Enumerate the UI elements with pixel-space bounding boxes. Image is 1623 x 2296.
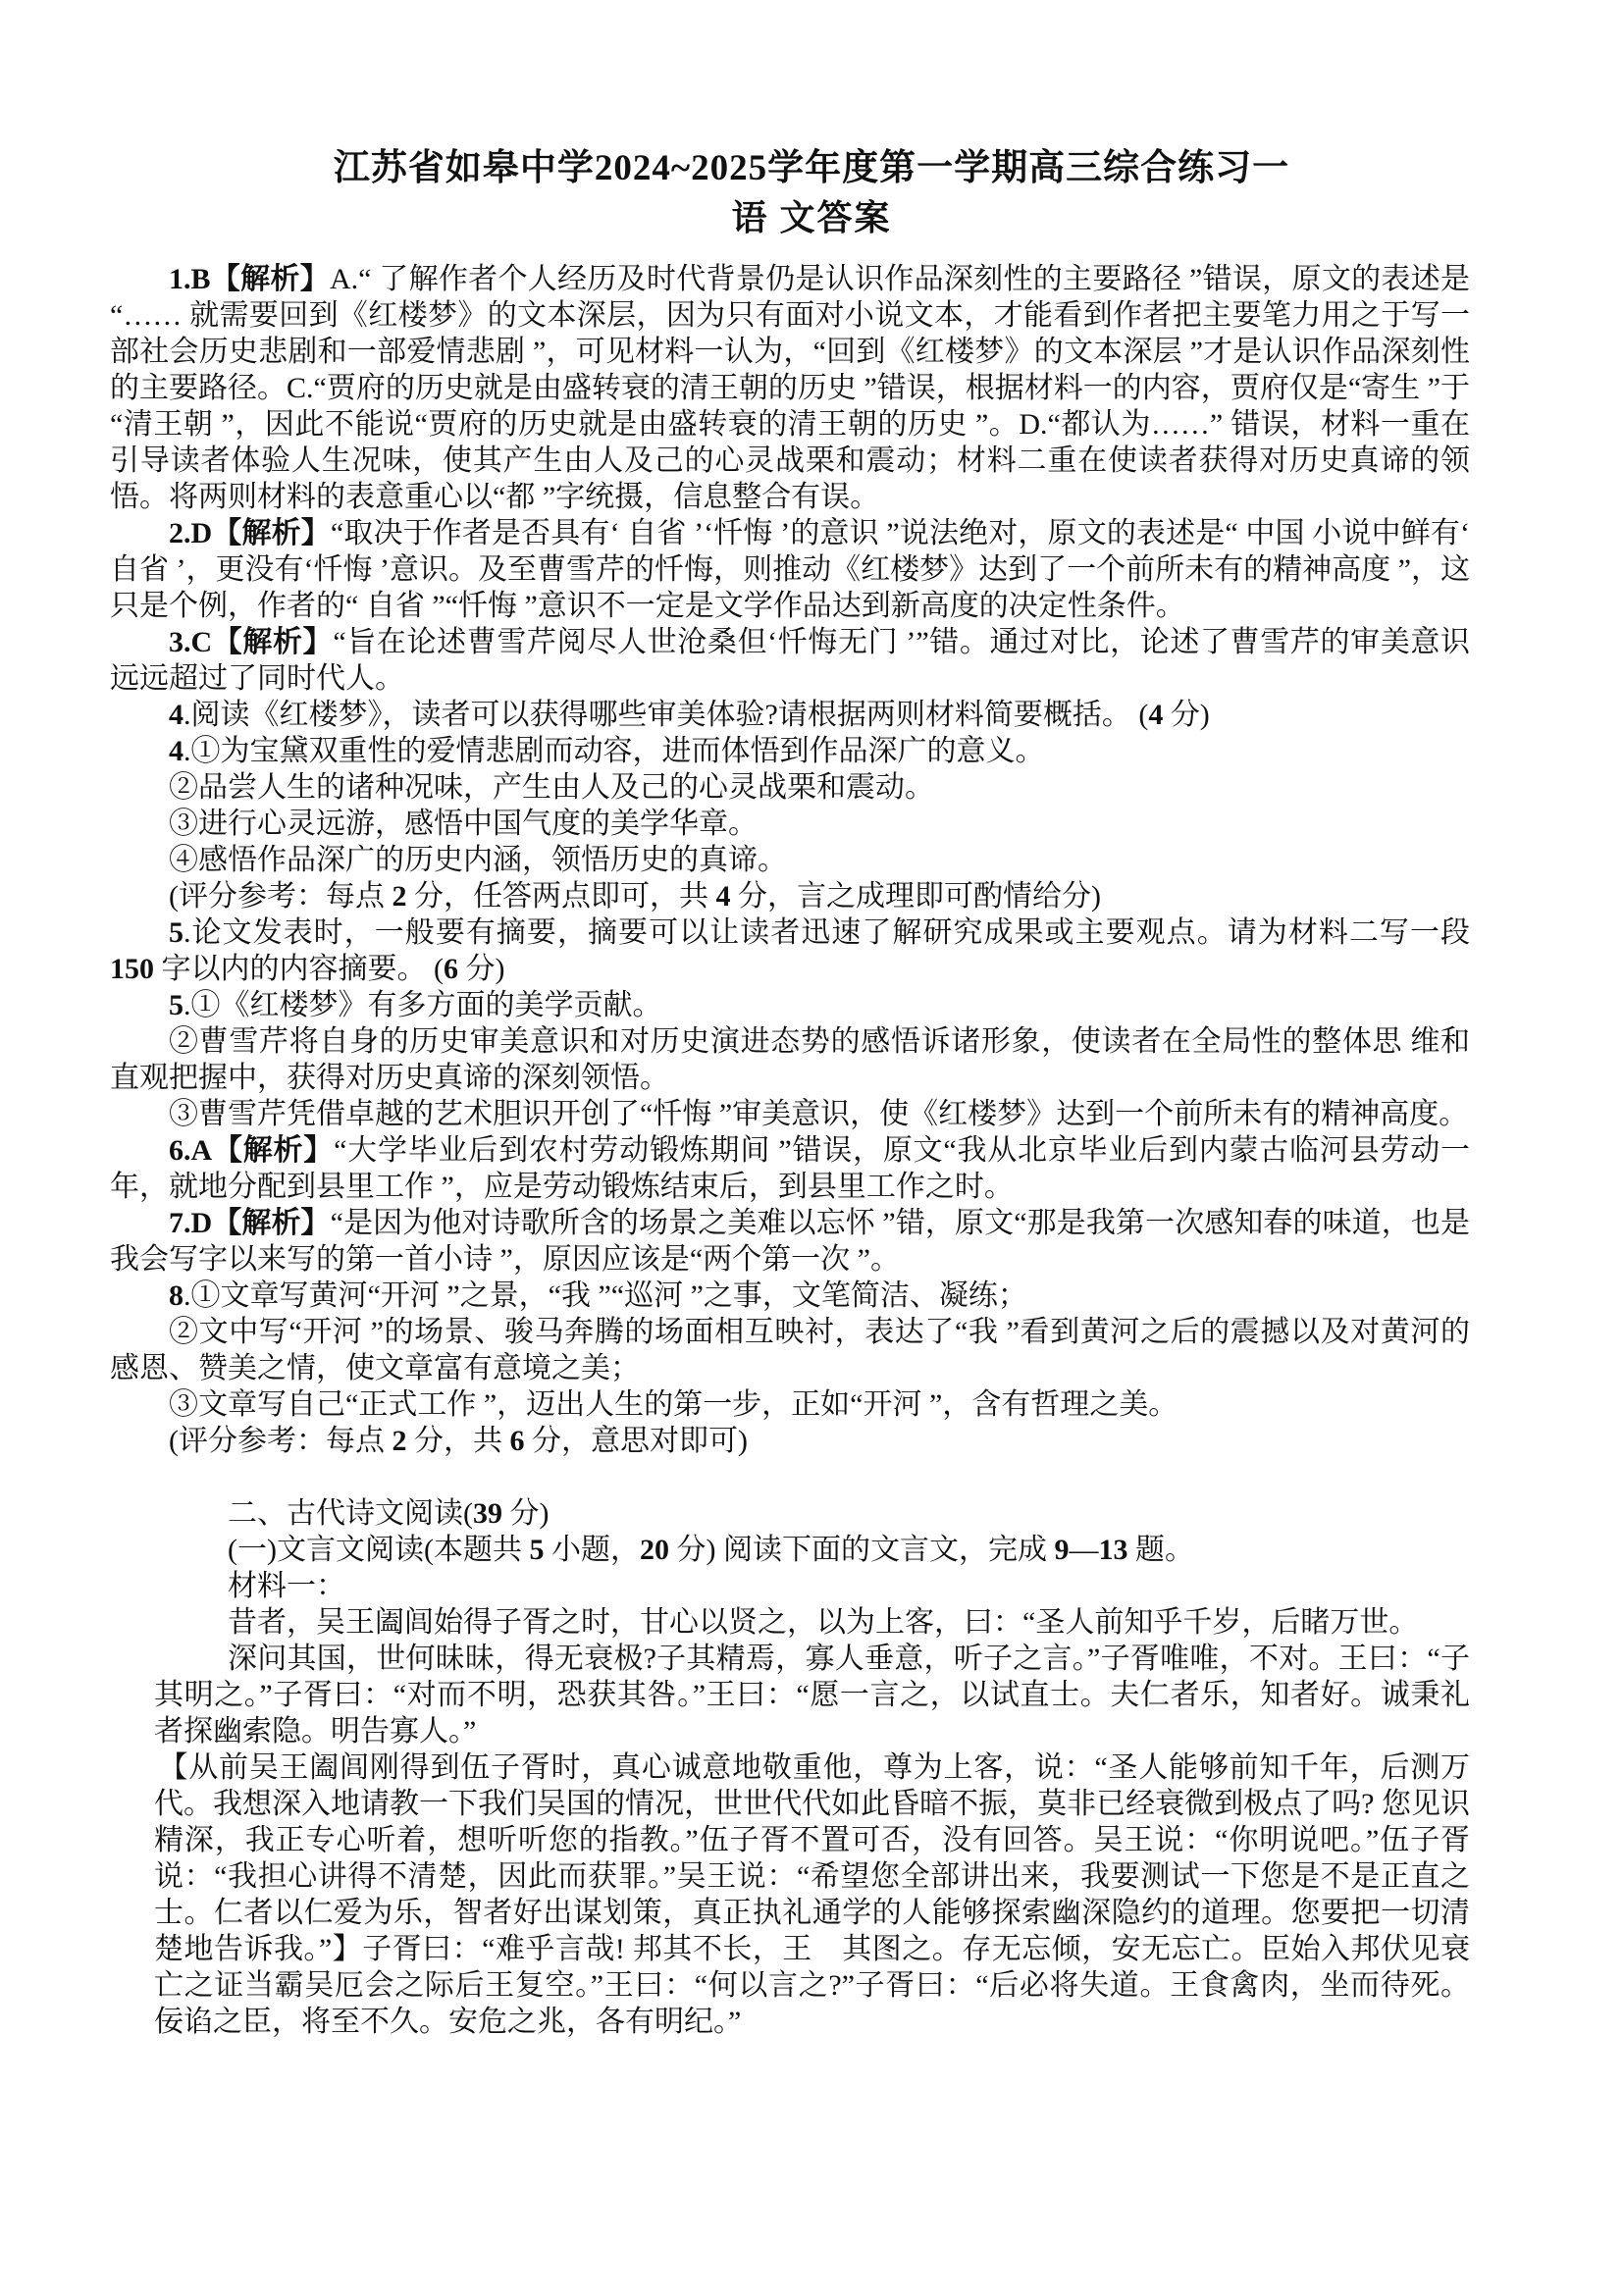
number: 9 <box>1054 1534 1069 1566</box>
paragraph: ②文中写“开河 ”的场景、骏马奔腾的场面相互映衬，表达了“我 ”看到黄河之后的震… <box>110 1314 1470 1386</box>
title-block: 江苏省如皋中学2024~2025学年度第一学期高三综合练习一 语 文答案 <box>0 0 1623 239</box>
document-page: 江苏省如皋中学2024~2025学年度第一学期高三综合练习一 语 文答案 1.B… <box>0 0 1623 2296</box>
number: 4 <box>169 735 183 767</box>
number: 13 <box>1098 1534 1127 1566</box>
number: 5 <box>529 1534 544 1566</box>
number: 8 <box>169 1279 183 1312</box>
paragraph: 1.B【解析】A.“ 了解作者个人经历及时代背景仍是认识作品深刻性的主要路径 ”… <box>110 261 1470 515</box>
number: 6 <box>444 953 458 985</box>
paragraph: 昔者，吴王阖闾始得子胥之时，甘心以贤之，以为上客，曰：“圣人前知乎千岁，后睹万世… <box>154 1604 1470 1641</box>
paragraph: 深问其国，世何昧昧，得无衰极?子其精焉，寡人垂意，听子之言。”子胥唯唯，不对。王… <box>154 1641 1470 1749</box>
paragraph: 3.C【解析】“旨在论述曹雪芹阅尽人世沧桑但‘忏悔无门 ’”错。通过对比，论述了… <box>110 624 1470 697</box>
paragraph: ②曹雪芹将自身的历史审美意识和对历史演进态势的感悟诉诸形象，使读者在全局性的整体… <box>110 1023 1470 1096</box>
paragraph: (评分参考：每点 2 分，任答两点即可，共 4 分，言之成理即可酌情给分) <box>110 878 1470 914</box>
paragraph: 二、古代诗文阅读(39 分) <box>154 1495 1470 1532</box>
paragraph: (评分参考：每点 2 分，共 6 分，意思对即可) <box>110 1423 1470 1459</box>
number: 5 <box>169 916 183 949</box>
answer-label: 1.B【解析】 <box>169 263 330 295</box>
document-subtitle: 语 文答案 <box>0 196 1623 239</box>
paragraph: ④感悟作品深广的历史内涵，领悟历史的真谛。 <box>110 842 1470 878</box>
answer-label: 6.A【解析】 <box>169 1134 334 1167</box>
paragraph: 2.D【解析】“取决于作者是否具有‘ 自省 ’‘忏悔 ’的意识 ”说法绝对，原文… <box>110 515 1470 624</box>
answer-label: 2.D【解析】 <box>169 517 331 549</box>
number: 20 <box>640 1534 669 1566</box>
answer-label: 3.C【解析】 <box>169 626 333 658</box>
paragraph: ②品尝人生的诸种况味，产生由人及己的心灵战栗和震动。 <box>110 769 1470 806</box>
document-body: 1.B【解析】A.“ 了解作者个人经历及时代背景仍是认识作品深刻性的主要路径 ”… <box>110 261 1470 2040</box>
number: 39 <box>473 1497 502 1530</box>
answer-label: 7.D【解析】 <box>169 1207 331 1239</box>
number: 6 <box>510 1425 525 1457</box>
paragraph: 8.①文章写黄河“开河 ”之景，“我 ”“巡河 ”之事，文笔简洁、凝练； <box>110 1278 1470 1314</box>
blank-line <box>110 1459 1470 1495</box>
number: 4 <box>716 880 731 913</box>
number: 4 <box>1148 699 1163 731</box>
paragraph: 4.阅读《红楼梦》，读者可以获得哪些审美体验?请根据两则材料简要概括。 (4 分… <box>110 697 1470 733</box>
paragraph: 6.A【解析】“大学毕业后到农村劳动锻炼期间 ”错误，原文“我从北京毕业后到内蒙… <box>110 1132 1470 1205</box>
paragraph: (一)文言文阅读(本题共 5 小题，20 分) 阅读下面的文言文，完成 9—13… <box>154 1532 1470 1568</box>
number: 150 <box>110 953 154 985</box>
paragraph: ③曹雪芹凭借卓越的艺术胆识开创了“忏悔 ”审美意识，使《红楼梦》达到一个前所未有… <box>110 1096 1470 1132</box>
paragraph: 7.D【解析】“是因为他对诗歌所含的场景之美难以忘怀 ”错，原文“那是我第一次感… <box>110 1205 1470 1278</box>
number: 4 <box>169 699 183 731</box>
paragraph: ③文章写自己“正式工作 ”，迈出人生的第一步，正如“开河 ”，含有哲理之美。 <box>110 1386 1470 1423</box>
document-title: 江苏省如皋中学2024~2025学年度第一学期高三综合练习一 <box>0 147 1623 190</box>
number: 2 <box>393 880 407 913</box>
number: 2 <box>393 1425 407 1457</box>
paragraph: 材料一： <box>154 1568 1470 1604</box>
paragraph: ③进行心灵远游，感悟中国气度的美学华章。 <box>110 806 1470 842</box>
paragraph: 【从前吴王阖闾刚得到伍子胥时，真心诚意地敬重他，尊为上客，说：“圣人能够前知千年… <box>154 1749 1470 2040</box>
paragraph: 5.①《红楼梦》有多方面的美学贡献。 <box>110 987 1470 1023</box>
number: 5 <box>169 989 183 1021</box>
paragraph: 5.论文发表时，一般要有摘要，摘要可以让读者迅速了解研究成果或主要观点。请为材料… <box>110 914 1470 987</box>
paragraph: 4.①为宝黛双重性的爱情悲剧而动容，进而体悟到作品深广的意义。 <box>110 733 1470 769</box>
